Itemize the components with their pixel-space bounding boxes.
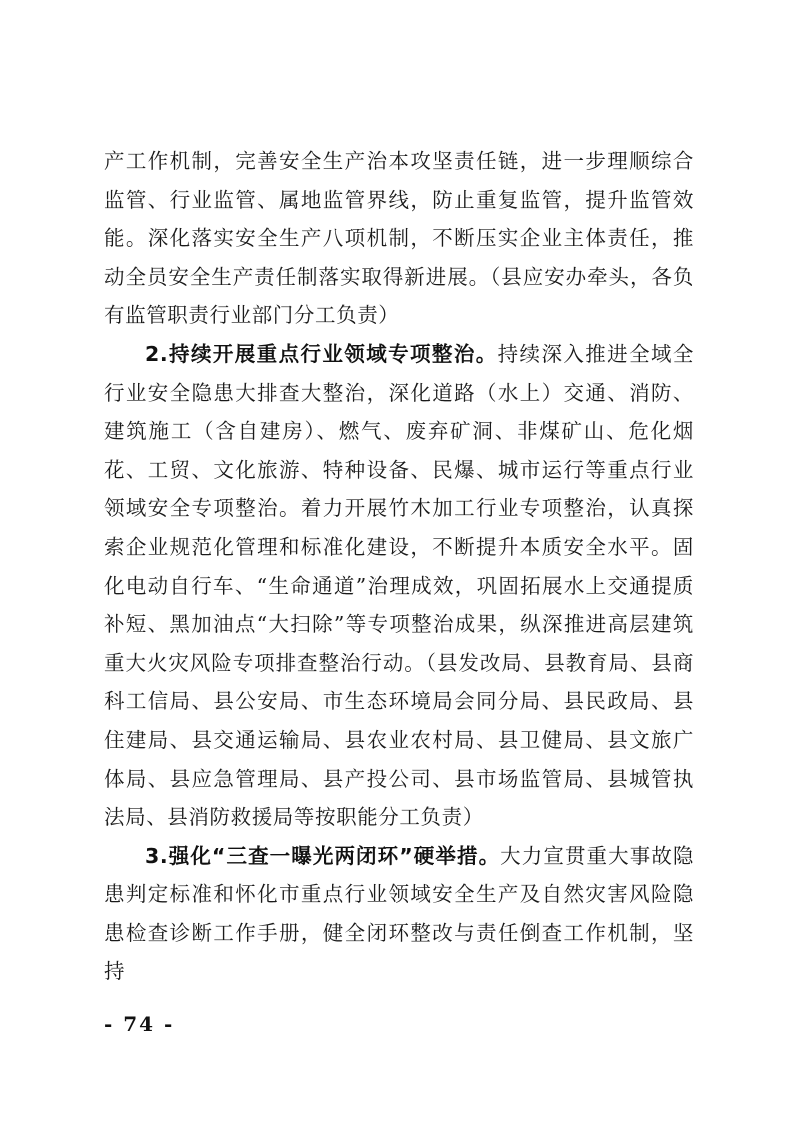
paragraph-continuation: 产工作机制，完善安全生产治本攻坚责任链，进一步理顺综合监管、行业监管、属地监管界…	[104, 142, 694, 335]
paragraph-text: 持续深入推进全域全行业安全隐患大排查大整治，深化道路（水上）交通、消防、建筑施工…	[104, 342, 694, 829]
section-heading: 3.强化“三查一曝光两闭环”硬举措。	[145, 844, 500, 868]
page-number: - 74 -	[104, 1012, 174, 1036]
paragraph-text: 产工作机制，完善安全生产治本攻坚责任链，进一步理顺综合监管、行业监管、属地监管界…	[104, 149, 694, 327]
document-page: 产工作机制，完善安全生产治本攻坚责任链，进一步理顺综合监管、行业监管、属地监管界…	[0, 0, 793, 1122]
document-body: 产工作机制，完善安全生产治本攻坚责任链，进一步理顺综合监管、行业监管、属地监管界…	[104, 142, 694, 991]
paragraph-section-2: 2.持续开展重点行业领域专项整治。持续深入推进全域全行业安全隐患大排查大整治，深…	[104, 335, 694, 837]
paragraph-section-3: 3.强化“三查一曝光两闭环”硬举措。大力宣贯重大事故隐患判定标准和怀化市重点行业…	[104, 837, 694, 991]
section-heading: 2.持续开展重点行业领域专项整治。	[145, 342, 498, 366]
